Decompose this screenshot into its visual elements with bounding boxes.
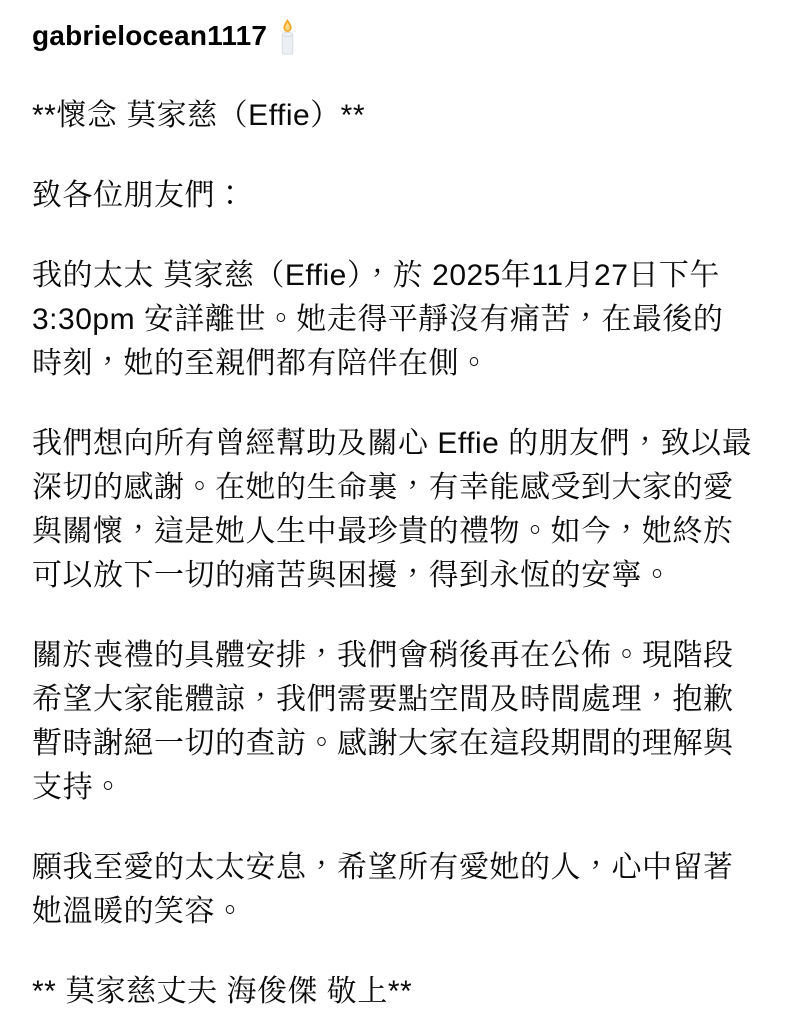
paragraph-announcement: 我的太太 莫家慈（Effie），於 2025年11月27日下午 3:30pm 安…	[32, 254, 768, 386]
post-body: **懷念 莫家慈（Effie）** 致各位朋友們： 我的太太 莫家慈（Effie…	[32, 94, 768, 1014]
paragraph-gratitude: 我們想向所有曾經幫助及關心 Effie 的朋友們，致以最 深切的感謝。在她的生命…	[32, 422, 768, 598]
paragraph-funeral-arrangements: 關於喪禮的具體安排，我們會稍後再在公佈。現階段 希望大家能體諒，我們需要點空間及…	[32, 634, 768, 810]
username-link[interactable]: gabrielocean1117	[32, 20, 267, 52]
salutation-line: 致各位朋友們：	[32, 174, 768, 218]
post-header: gabrielocean1117	[32, 14, 768, 58]
paragraph-farewell-wish: 願我至愛的太太安息，希望所有愛她的人，心中留著 她溫暖的笑容。	[32, 846, 768, 934]
candle-icon	[279, 17, 296, 55]
signature-line: ** 莫家慈丈夫 海俊傑 敬上**	[32, 970, 768, 1014]
post-title: **懷念 莫家慈（Effie）**	[32, 94, 768, 138]
